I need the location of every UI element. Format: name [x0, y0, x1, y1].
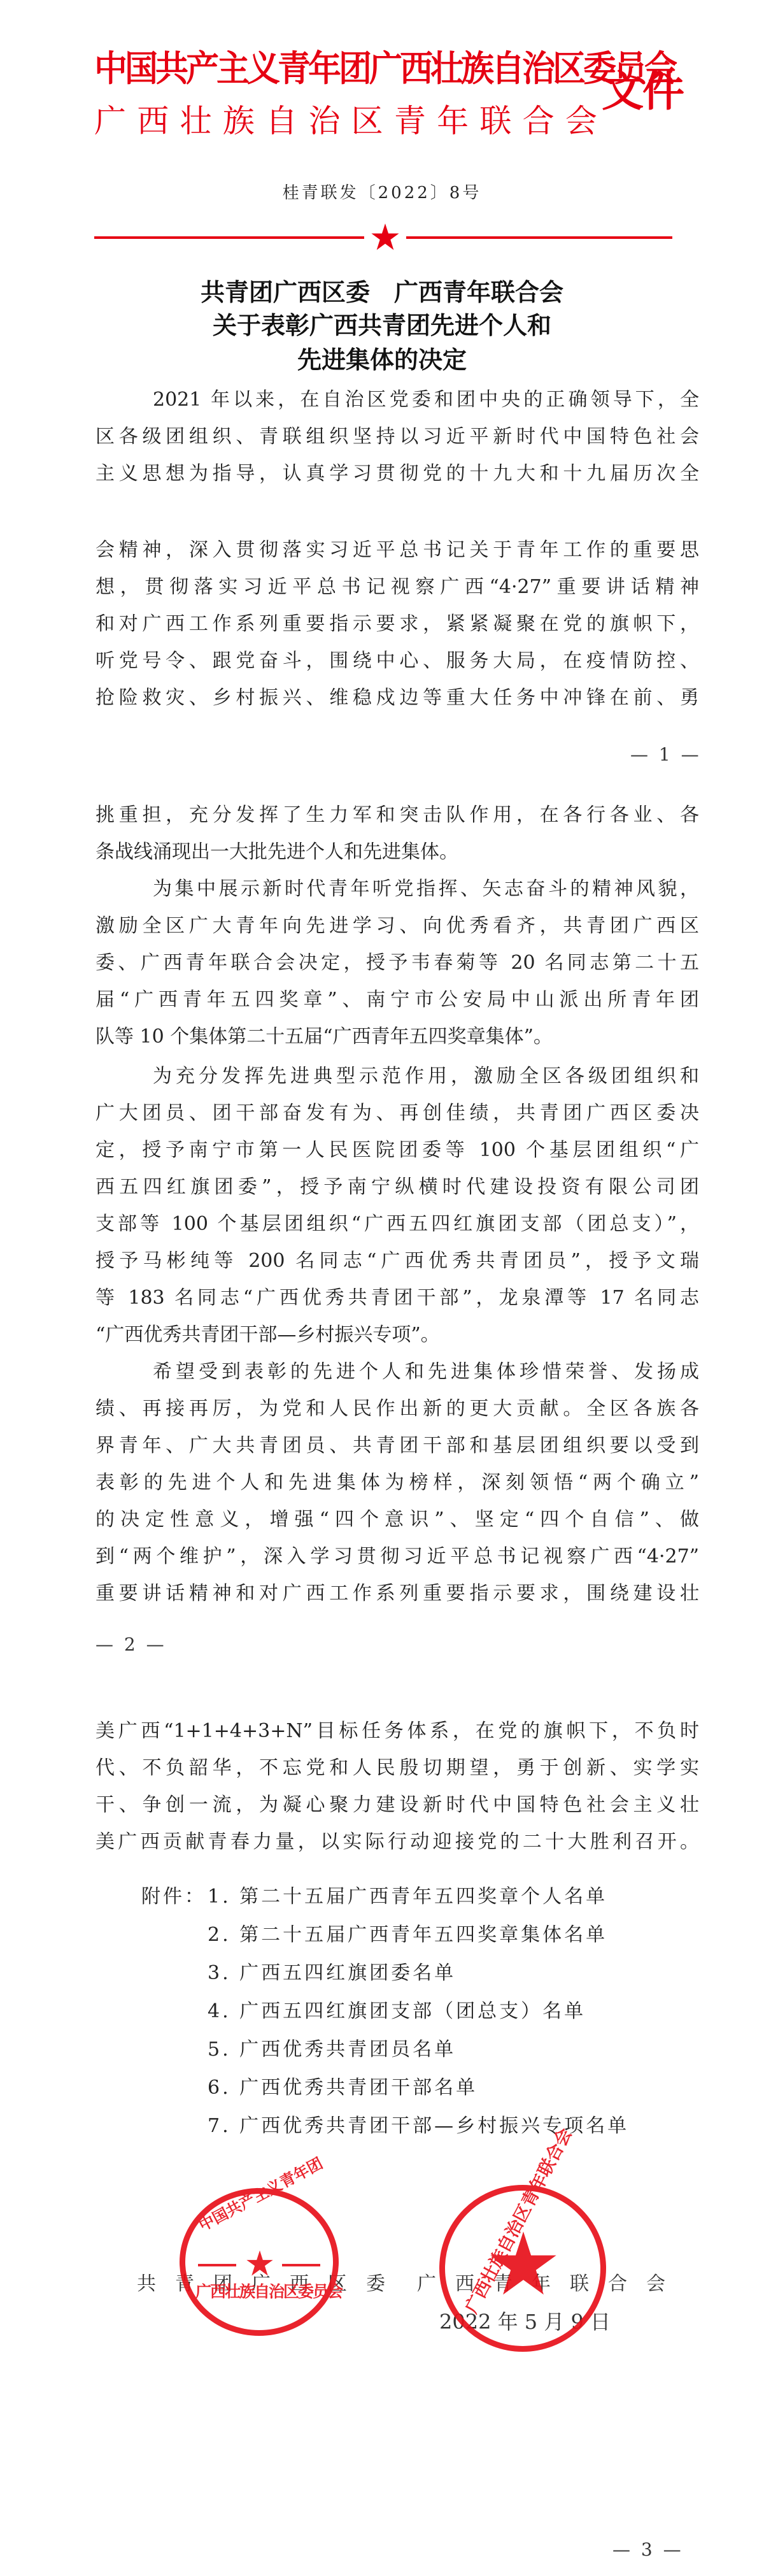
issuer-char: 联 [479, 102, 511, 140]
attachments-label: 附件： [141, 1885, 206, 1908]
body-line: 为充分发挥先进典型示范作用，激励全区各级团组织和 [95, 1065, 699, 1088]
body-line: 干、争创一流，为凝心聚力建设新时代中国特色社会主义壮 [95, 1794, 699, 1817]
issuer-char: 自 [265, 102, 297, 140]
body-line: 授予马彬纯等 200 名同志“广西优秀共青团员”，授予文瑞 [95, 1250, 699, 1273]
body-line: 的决定性意义，增强“四个意识”、坚定“四个自信”、做 [95, 1508, 699, 1531]
body-line: 和对广西工作系列重要指示要求，紧紧凝聚在党的旗帜下， [95, 613, 699, 636]
document-title-line-3: 先进集体的决定 [0, 344, 764, 376]
body-line: 希望受到表彰的先进个人和先进集体珍惜荣誉、发扬成 [95, 1361, 699, 1384]
issuer-char: 广 [94, 102, 126, 140]
body-line: 美广西贡献青春力量，以实际行动迎接党的二十大胜利召开。 [95, 1831, 699, 1854]
body-line: 绩、再接再厉，为党和人民作出新的更大贡献。全区各族各 [95, 1398, 699, 1420]
body-line: 界青年、广大共青团员、共青团干部和基层团组织要以受到 [95, 1435, 699, 1457]
body-line: 表彰的先进个人和先进集体为榜样，深刻领悟“两个确立” [95, 1471, 699, 1494]
issuer-char: 年 [437, 102, 469, 140]
body-line: 支部等 100 个基层团组织“广西五四红旗团支部（团总支）”， [95, 1213, 699, 1236]
body-line: 西五四红旗团委”，授予南宁纵横时代建设投资有限公司团 [95, 1176, 699, 1199]
body-line: 重要讲话精神和对广西工作系列重要指示要求，围绕建设壮 [95, 1582, 699, 1605]
body-line: 广大团员、团干部奋发有为、再创佳绩，共青团广西区委决 [95, 1102, 699, 1125]
body-line: 会精神，深入贯彻落实习近平总书记关于青年工作的重要思 [95, 539, 699, 562]
seal-star-icon [488, 2230, 558, 2300]
body-line: 激励全区广大青年向先进学习、向优秀看齐，共青团广西区 [95, 915, 699, 938]
body-line: 为集中展示新时代青年听党指挥、矢志奋斗的精神风貌， [95, 878, 699, 901]
body-line: “广西优秀共青团干部—乡村振兴专项”。 [95, 1324, 699, 1347]
body-line: 到“两个维护”，深入学习贯彻习近平总书记视察广西“4·27” [95, 1545, 699, 1568]
seal-star-icon [246, 2250, 274, 2278]
document-title-line-1: 共青团广西区委 广西青年联合会 [0, 276, 764, 308]
issuer-char: 壮 [180, 102, 212, 140]
body-line: 听党号令、跟党奋斗，围绕中心、服务大局，在疫情防控、 [95, 650, 699, 673]
red-divider-right [406, 236, 672, 239]
body-line: 区各级团组织、青联组织坚持以习近平新时代中国特色社会 [95, 426, 699, 448]
body-line: 主义思想为指导，认真学习贯彻党的十九大和十九届历次全 [95, 462, 699, 485]
issuer-line-1: 中国共产主义青年团广西壮族自治区委员会 [94, 48, 597, 90]
issuer-char: 族 [223, 102, 255, 140]
body-line: 定，授予南宁市第一人民医院团委等 100 个基层团组织“广 [95, 1139, 699, 1162]
doc-type-label: 文件 [602, 69, 683, 113]
issuer-char: 区 [351, 102, 383, 140]
document-title-line-2: 关于表彰广西共青团先进个人和 [0, 310, 764, 341]
body-line: 委、广西青年联合会决定，授予韦春菊等 20 名同志第二十五 [95, 952, 699, 975]
body-line: 抢险救灾、乡村振兴、维稳戍边等重大任务中冲锋在前、勇 [95, 687, 699, 710]
official-seal-right: 广西壮族自治区青年联合会 [439, 2185, 606, 2352]
seal-text-arc: 中国共产主义青年团 [194, 2151, 326, 2235]
attachment-item: 1. 第二十五届广西青年五四奖章个人名单 [208, 1885, 607, 1908]
page-number-2: — 2 — [95, 1634, 167, 1655]
seal-text-bottom: 广西壮族自治区委员会 [195, 2279, 342, 2302]
issuer-char: 会 [565, 102, 597, 140]
body-line: 条战线涌现出一大批先进个人和先进集体。 [95, 841, 699, 864]
attachment-item: 6. 广西优秀共青团干部名单 [208, 2077, 478, 2100]
body-line: 届“广西青年五四奖章”、南宁市公安局中山派出所青年团 [95, 989, 699, 1012]
issuer-char: 青 [394, 102, 426, 140]
body-line: 队等 10 个集体第二十五届“广西青年五四奖章集体”。 [95, 1026, 699, 1048]
body-line: 2021 年以来，在自治区党委和团中央的正确领导下，全 [95, 389, 699, 411]
issuer-char: 西 [137, 102, 169, 140]
issuer-char: 治 [308, 102, 340, 140]
document-number: 桂青联发〔2022〕8号 [0, 180, 764, 203]
issuer-char: 合 [523, 102, 555, 140]
body-line: 挑重担，充分发挥了生力军和突击队作用，在各行各业、各 [95, 804, 699, 827]
page-number-1: — 1 — [630, 744, 702, 765]
body-line: 美广西“1+1+4+3+N”目标任务体系，在党的旗帜下，不负时 [95, 1720, 699, 1743]
red-star-icon [371, 223, 400, 252]
body-line: 想，贯彻落实习近平总书记视察广西“4·27”重要讲话精神 [95, 576, 699, 599]
body-line: 等 183 名同志“广西优秀共青团干部”，龙泉潭等 17 名同志 [95, 1287, 699, 1310]
body-line: 代、不负韶华，不忘党和人民殷切期望，勇于创新、实学实 [95, 1757, 699, 1780]
seal-bar-left [198, 2264, 236, 2266]
issuer-line-2: 广 西 壮 族 自 治 区 青 年 联 合 会 [94, 102, 597, 140]
attachment-item: 4. 广西五四红旗团支部（团总支）名单 [208, 2000, 586, 2023]
page-number-3: — 3 — [612, 2539, 684, 2560]
official-seal-left: 中国共产主义青年团 广西壮族自治区委员会 [180, 2188, 339, 2336]
attachment-item: 5. 广西优秀共青团员名单 [208, 2038, 456, 2061]
seal-bar-right [282, 2264, 320, 2266]
red-divider-left [94, 236, 364, 239]
attachment-item: 2. 第二十五届广西青年五四奖章集体名单 [208, 1924, 607, 1947]
attachment-item: 3. 广西五四红旗团委名单 [208, 1962, 456, 1985]
